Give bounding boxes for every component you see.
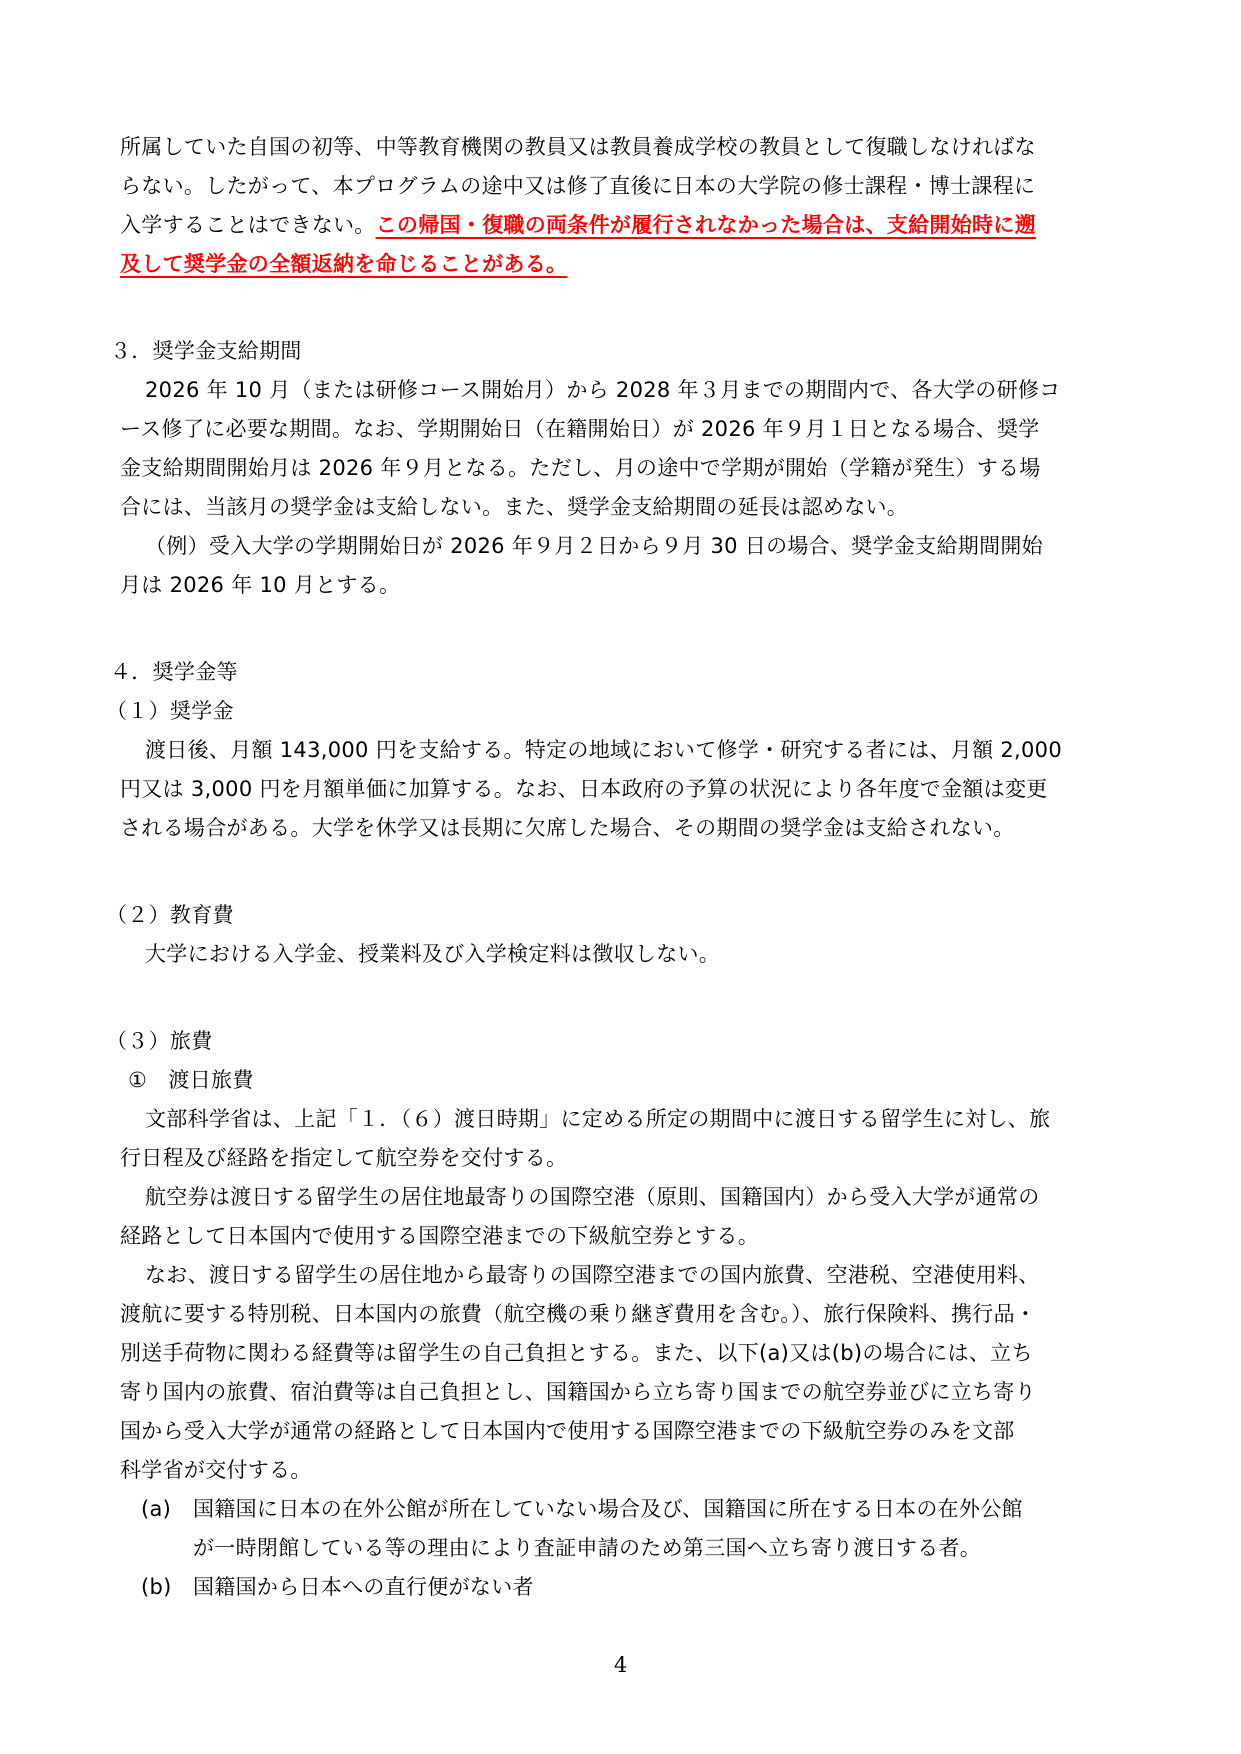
paragraph-return-obligation: 所属していた自国の初等、中等教育機関の教員又は教員養成学校の教員として復職しなけ… xyxy=(0,128,1241,167)
list-label: (a) xyxy=(141,1490,193,1529)
text-segment: 大学における入学金、授業料及び入学検定料は徴収しない。 xyxy=(145,942,720,966)
text-segment: される場合がある。大学を休学又は長期に欠席した場合、その期間の奨学金は支給されな… xyxy=(120,816,1015,840)
text-segment: が一時閉館している等の理由により査証申請のため第三国へ立ち寄り渡日する者。 xyxy=(193,1536,981,1560)
list-item-a: が一時閉館している等の理由により査証申請のため第三国へ立ち寄り渡日する者。 xyxy=(0,1529,1241,1568)
text-segment: 国籍国から日本への直行便がない者 xyxy=(193,1575,534,1599)
text-segment: ① 渡日旅費 xyxy=(128,1068,254,1092)
paragraph-return-obligation: 入学することはできない。この帰国・復職の両条件が履行されなかった場合は、支給開始… xyxy=(0,206,1241,245)
text-segment: 月は 2026 年 10 月とする。 xyxy=(120,573,400,597)
text-segment: （例）受入大学の学期開始日が 2026 年９月２日から９月 30 日の場合、奨学… xyxy=(145,534,1043,558)
subsection-1-body: 円又は 3,000 円を月額単価に加算する。なお、日本政府の予算の状況により各年… xyxy=(0,770,1241,809)
text-segment: 行日程及び経路を指定して航空券を交付する。 xyxy=(120,1146,567,1170)
item-1-heading: ① 渡日旅費 xyxy=(0,1061,1241,1100)
text-segment: 所属していた自国の初等、中等教育機関の教員又は教員養成学校の教員として復職しなけ… xyxy=(120,135,1036,159)
alert-text: この帰国・復職の両条件が履行されなかった場合は、支給開始時に遡 xyxy=(376,213,1036,237)
section-3-example: （例）受入大学の学期開始日が 2026 年９月２日から９月 30 日の場合、奨学… xyxy=(0,527,1241,566)
document-body: 所属していた自国の初等、中等教育機関の教員又は教員養成学校の教員として復職しなけ… xyxy=(0,128,1241,1607)
text-segment: 経路として日本国内で使用する国際空港までの下級航空券とする。 xyxy=(120,1224,759,1248)
text-segment: （１）奨学金 xyxy=(106,699,234,723)
text-segment: 渡日後、月額 143,000 円を支給する。特定の地域において修学・研究する者に… xyxy=(145,738,1062,762)
page-number: 4 xyxy=(0,1652,1241,1678)
section-3-body: 合には、当該月の奨学金は支給しない。また、奨学金支給期間の延長は認めない。 xyxy=(0,488,1241,527)
subsection-2-heading: （２）教育費 xyxy=(0,896,1241,935)
paragraph-gap xyxy=(0,974,1241,1022)
subsection-3-heading: （３）旅費 xyxy=(0,1022,1241,1061)
section-3-body: 2026 年 10 月（または研修コース開始月）から 2028 年３月までの期間… xyxy=(0,371,1241,410)
text-segment: 入学することはできない。 xyxy=(120,213,376,237)
text-segment: 科学省が交付する。 xyxy=(120,1458,312,1482)
text-segment: （２）教育費 xyxy=(106,903,234,927)
item-1-body: 経路として日本国内で使用する国際空港までの下級航空券とする。 xyxy=(0,1217,1241,1256)
text-segment: 円又は 3,000 円を月額単価に加算する。なお、日本政府の予算の状況により各年… xyxy=(120,777,1048,801)
text-segment: （３）旅費 xyxy=(106,1029,213,1053)
subsection-2-body: 大学における入学金、授業料及び入学検定料は徴収しない。 xyxy=(0,935,1241,974)
item-1-body: 科学省が交付する。 xyxy=(0,1451,1241,1490)
item-1-body: 別送手荷物に関わる経費等は留学生の自己負担とする。また、以下(a)又は(b)の場… xyxy=(0,1334,1241,1373)
text-segment: ４．奨学金等 xyxy=(110,660,238,684)
document-page: 所属していた自国の初等、中等教育機関の教員又は教員養成学校の教員として復職しなけ… xyxy=(0,0,1241,1754)
subsection-1-body: 渡日後、月額 143,000 円を支給する。特定の地域において修学・研究する者に… xyxy=(0,731,1241,770)
list-item-a: (a)国籍国に日本の在外公館が所在していない場合及び、国籍国に所在する日本の在外… xyxy=(0,1490,1241,1529)
list-item-b: (b)国籍国から日本への直行便がない者 xyxy=(0,1568,1241,1607)
subsection-1-body: される場合がある。大学を休学又は長期に欠席した場合、その期間の奨学金は支給されな… xyxy=(0,809,1241,848)
paragraph-gap xyxy=(0,605,1241,653)
paragraph-gap xyxy=(0,284,1241,332)
item-1-body: 航空券は渡日する留学生の居住地最寄りの国際空港（原則、国籍国内）から受入大学が通… xyxy=(0,1178,1241,1217)
section-3-body: 金支給期間開始月は 2026 年９月となる。ただし、月の途中で学期が開始（学籍が… xyxy=(0,449,1241,488)
item-1-body: 寄り国内の旅費、宿泊費等は自己負担とし、国籍国から立ち寄り国までの航空券並びに立… xyxy=(0,1373,1241,1412)
section-3-example: 月は 2026 年 10 月とする。 xyxy=(0,566,1241,605)
text-segment: 寄り国内の旅費、宿泊費等は自己負担とし、国籍国から立ち寄り国までの航空券並びに立… xyxy=(120,1380,1036,1404)
paragraph-return-obligation: 及して奨学金の全額返納を命じることがある。 xyxy=(0,245,1241,284)
text-segment: 別送手荷物に関わる経費等は留学生の自己負担とする。また、以下(a)又は(b)の場… xyxy=(120,1341,1033,1365)
text-segment: ３．奨学金支給期間 xyxy=(110,339,302,363)
section-3-heading: ３．奨学金支給期間 xyxy=(0,332,1241,371)
subsection-1-heading: （１）奨学金 xyxy=(0,692,1241,731)
text-segment: 文部科学省は、上記「１．（６）渡日時期」に定める所定の期間中に渡日する留学生に対… xyxy=(145,1107,1050,1131)
text-segment: 2026 年 10 月（または研修コース開始月）から 2028 年３月までの期間… xyxy=(145,378,1061,402)
text-segment: 金支給期間開始月は 2026 年９月となる。ただし、月の途中で学期が開始（学籍が… xyxy=(120,456,1041,480)
item-1-body: なお、渡日する留学生の居住地から最寄りの国際空港までの国内旅費、空港税、空港使用… xyxy=(0,1256,1241,1295)
text-segment: 国籍国に日本の在外公館が所在していない場合及び、国籍国に所在する日本の在外公館 xyxy=(193,1497,1023,1521)
paragraph-return-obligation: らない。したがって、本プログラムの途中又は修了直後に日本の大学院の修士課程・博士… xyxy=(0,167,1241,206)
item-1-body: 行日程及び経路を指定して航空券を交付する。 xyxy=(0,1139,1241,1178)
paragraph-gap xyxy=(0,848,1241,896)
list-label: (b) xyxy=(141,1568,193,1607)
text-segment: なお、渡日する留学生の居住地から最寄りの国際空港までの国内旅費、空港税、空港使用… xyxy=(145,1263,1040,1287)
text-segment: 航空券は渡日する留学生の居住地最寄りの国際空港（原則、国籍国内）から受入大学が通… xyxy=(145,1185,1040,1209)
text-segment: らない。したがって、本プログラムの途中又は修了直後に日本の大学院の修士課程・博士… xyxy=(120,174,1035,198)
text-segment: 渡航に要する特別税、日本国内の旅費（航空機の乗り継ぎ費用を含む。）、旅行保険料、… xyxy=(120,1302,1036,1326)
section-4-heading: ４．奨学金等 xyxy=(0,653,1241,692)
item-1-body: 国から受入大学が通常の経路として日本国内で使用する国際空港までの下級航空券のみを… xyxy=(0,1412,1241,1451)
text-segment: 国から受入大学が通常の経路として日本国内で使用する国際空港までの下級航空券のみを… xyxy=(120,1419,1015,1443)
item-1-body: 文部科学省は、上記「１．（６）渡日時期」に定める所定の期間中に渡日する留学生に対… xyxy=(0,1100,1241,1139)
section-3-body: ース修了に必要な期間。なお、学期開始日（在籍開始日）が 2026 年９月１日とな… xyxy=(0,410,1241,449)
text-segment: ース修了に必要な期間。なお、学期開始日（在籍開始日）が 2026 年９月１日とな… xyxy=(120,417,1040,441)
alert-text: 及して奨学金の全額返納を命じることがある。 xyxy=(120,252,567,276)
item-1-body: 渡航に要する特別税、日本国内の旅費（航空機の乗り継ぎ費用を含む。）、旅行保険料、… xyxy=(0,1295,1241,1334)
text-segment: 合には、当該月の奨学金は支給しない。また、奨学金支給期間の延長は認めない。 xyxy=(120,495,908,519)
